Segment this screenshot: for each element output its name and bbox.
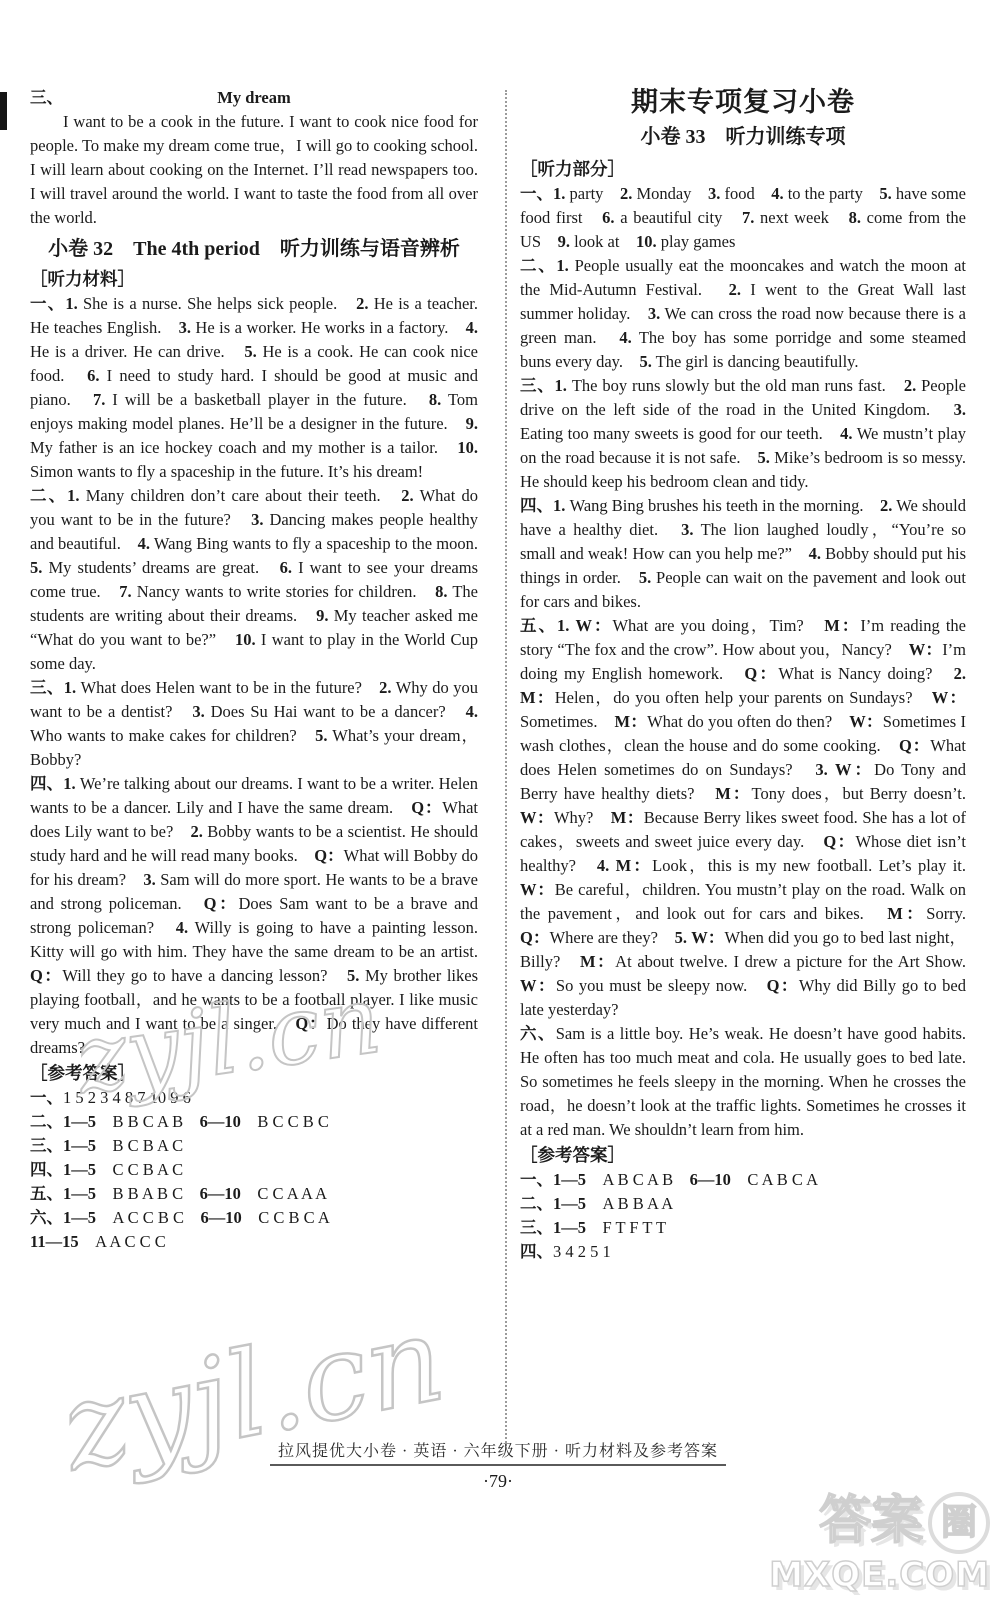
final-review-heading: 期末专项复习小卷 bbox=[520, 84, 966, 120]
reference-answers-label: ［参考答案］ bbox=[30, 1060, 478, 1086]
answer-line: 二、1—5 B B C A B 6—10 B C C B C bbox=[30, 1110, 478, 1134]
essay-title: My dream bbox=[30, 86, 478, 110]
listening-paragraph: 一、1. She is a nurse. She helps sick peop… bbox=[30, 292, 478, 484]
answer-circle-logo: 答案圈 MXQE.COM bbox=[769, 1492, 990, 1594]
listening-paragraph: 三、1. The boy runs slowly but the old man… bbox=[520, 374, 966, 494]
logo-circled-character: 圈 bbox=[928, 1492, 990, 1554]
listening-paragraph: 四、1. We’re talking about our dreams. I w… bbox=[30, 772, 478, 1060]
listening-material-label: ［听力材料］ bbox=[30, 266, 478, 292]
answer-line: 六、1—5 A C C B C 6—10 C C B C A bbox=[30, 1206, 478, 1230]
answer-line: 三、1—5 B C B A C bbox=[30, 1134, 478, 1158]
scanned-answer-page: { "colors":{"page_bg":"#ffffff","text":"… bbox=[0, 0, 996, 1600]
answer-line: 二、1—5 A B B A A bbox=[520, 1192, 966, 1216]
essay-body: I want to be a cook in the future. I wan… bbox=[30, 110, 478, 230]
listening-paragraph: 五、1. W：What are you doing，Tim? M：I’m rea… bbox=[520, 614, 966, 1022]
reference-answers-label: ［参考答案］ bbox=[520, 1142, 966, 1168]
answer-line: 11—15 A A C C C bbox=[30, 1230, 478, 1254]
logo-text: 答案 bbox=[819, 1491, 923, 1551]
listening-paragraph: 一、1. party 2. Monday 3. food 4. to the p… bbox=[520, 182, 966, 254]
left-column: 三、 My dream I want to be a cook in the f… bbox=[30, 86, 478, 1254]
listening-part-label: ［听力部分］ bbox=[520, 156, 966, 182]
answer-line: 一、1—5 A B C A B 6—10 C A B C A bbox=[520, 1168, 966, 1192]
answer-line: 三、1—5 F T F T T bbox=[520, 1216, 966, 1240]
section-three-marker: 三、 bbox=[30, 86, 63, 110]
quiz33-heading: 小卷 33 听力训练专项 bbox=[520, 122, 966, 152]
listening-paragraph: 六、Sam is a little boy. He’s weak. He doe… bbox=[520, 1022, 966, 1142]
listening-paragraph: 四、1. Wang Bing brushes his teeth in the … bbox=[520, 494, 966, 614]
logo-site-text: MXQE.COM bbox=[769, 1556, 990, 1594]
right-column: 期末专项复习小卷 小卷 33 听力训练专项 ［听力部分］ 一、1. party … bbox=[520, 84, 966, 1264]
answer-line: 五、1—5 B B A B C 6—10 C C A A A bbox=[30, 1182, 478, 1206]
quiz32-heading: 小卷 32 The 4th period 听力训练与语音辨析 bbox=[30, 235, 478, 263]
listening-paragraph: 二、1. Many children don’t care about thei… bbox=[30, 484, 478, 676]
page-number: ·79· bbox=[0, 1471, 996, 1492]
essay-heading-row: 三、 My dream bbox=[30, 86, 478, 110]
answer-line: 四、1—5 C C B A C bbox=[30, 1158, 478, 1182]
answer-line: 四、3 4 2 5 1 bbox=[520, 1240, 966, 1264]
book-info: 拉风提优大小卷 · 英语 · 六年级下册 · 听力材料及参考答案 bbox=[270, 1438, 726, 1466]
column-divider bbox=[505, 90, 507, 1446]
answer-line: 一、1 5 2 3 4 8 7 10 9 6 bbox=[30, 1086, 478, 1110]
scan-edge-artifact bbox=[0, 92, 7, 130]
listening-paragraph: 二、1. People usually eat the mooncakes an… bbox=[520, 254, 966, 374]
listening-paragraph: 三、1. What does Helen want to be in the f… bbox=[30, 676, 478, 772]
page-footer: 拉风提优大小卷 · 英语 · 六年级下册 · 听力材料及参考答案 ·79· bbox=[0, 1438, 996, 1492]
